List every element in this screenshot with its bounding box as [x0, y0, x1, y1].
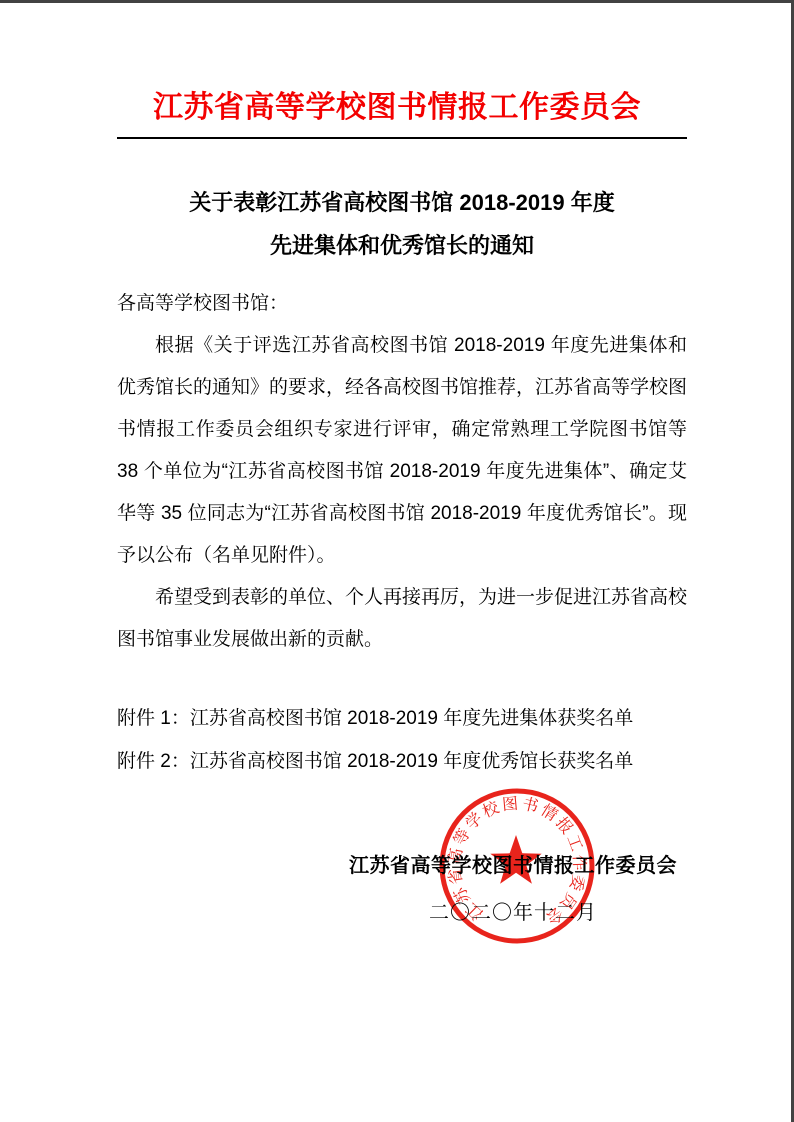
screenshot-top-edge	[0, 0, 794, 3]
body-paragraph-1: 根据《关于评选江苏省高校图书馆 2018-2019 年度先进集体和优秀馆长的通知…	[117, 325, 687, 577]
attachment-2: 附件 2：江苏省高校图书馆 2018-2019 年度优秀馆长获奖名单	[117, 740, 697, 783]
attachments-list: 附件 1：江苏省高校图书馆 2018-2019 年度先进集体获奖名单 附件 2：…	[117, 697, 697, 783]
letterhead-committee-name: 江苏省高等学校图书情报工作委员会	[0, 82, 794, 126]
attachment-1: 附件 1：江苏省高校图书馆 2018-2019 年度先进集体获奖名单	[117, 697, 697, 740]
signature-committee-name: 江苏省高等学校图书情报工作委员会	[349, 853, 677, 879]
notice-body: 各高等学校图书馆： 根据《关于评选江苏省高校图书馆 2018-2019 年度先进…	[117, 283, 687, 661]
body-paragraph-2: 希望受到表彰的单位、个人再接再厉，为进一步促进江苏省高校图书馆事业发展做出新的贡…	[117, 577, 687, 661]
document-title: 关于表彰江苏省高校图书馆 2018-2019 年度 先进集体和优秀馆长的通知	[112, 181, 692, 267]
signature-block: 江苏省高等学校图书情报工作委员会 二〇二〇年十二月	[349, 853, 677, 925]
document-title-line1: 关于表彰江苏省高校图书馆 2018-2019 年度	[112, 181, 692, 224]
salutation: 各高等学校图书馆：	[117, 283, 687, 325]
document-title-line2: 先进集体和优秀馆长的通知	[112, 224, 692, 267]
signature-date: 二〇二〇年十二月	[349, 901, 677, 925]
letterhead-divider-line	[117, 137, 687, 139]
